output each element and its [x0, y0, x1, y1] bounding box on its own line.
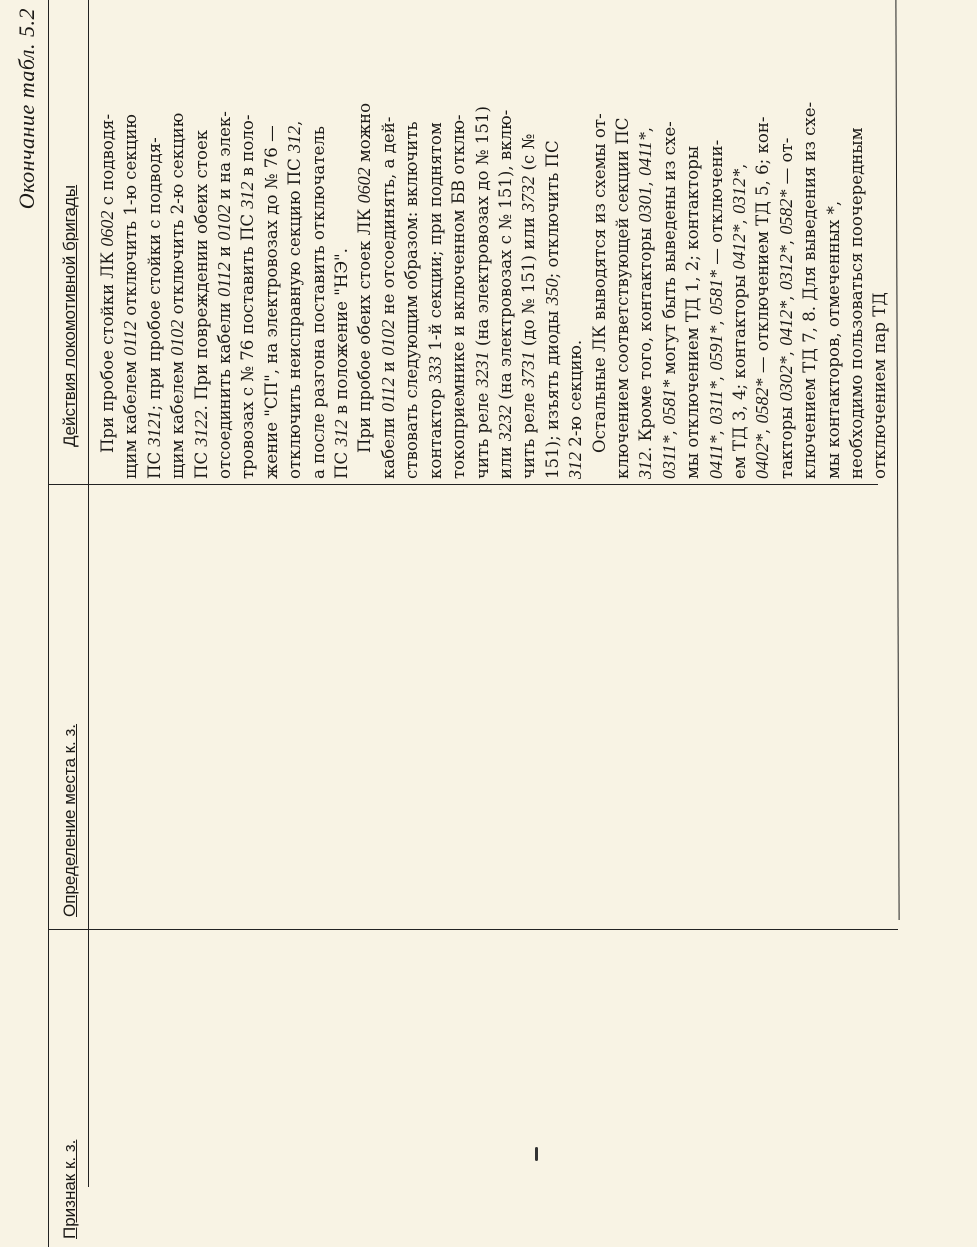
text-line: 312 2-ю секцию.	[564, 4, 587, 479]
text-line: такторы 0302*, 0412*, 0312*, 0582* — от-	[775, 4, 798, 479]
column-header-place: Определение места к. з.	[60, 724, 86, 917]
column-header-sign: Признак к. з.	[60, 1140, 86, 1239]
text-line: 151); изъять диоды 350; отключить ПС	[541, 4, 564, 479]
text-line: щим кабелем 0112 отключить 1-ю секцию	[119, 4, 142, 479]
text-line: 312. Кроме того, контакторы 0301, 0411*,	[634, 4, 657, 479]
text-line: При пробое обеих стоек ЛК 0602 можно	[353, 4, 376, 479]
text-line: кабели 0112 и 0102 не отсоединять, а дей…	[377, 4, 400, 479]
text-line: 0311*, 0581* могут быть выведены из схе-	[658, 4, 681, 479]
table-header-border	[88, 0, 89, 1187]
text-line: токоприемнике и включенном БВ отклю-	[447, 4, 470, 479]
text-line: отключить неисправную секцию ПС 312,	[283, 4, 306, 479]
text-line: ПС 312 в положение "НЭ".	[330, 4, 353, 479]
table-continuation-title: Окончание табл. 5.2	[14, 8, 40, 209]
text-line: ключением ТД 7, 8. Для выведения из схе-	[798, 4, 821, 479]
scanned-book-page: Окончание табл. 5.2 Признак к. з. Опреде…	[0, 0, 977, 1247]
table-top-border	[48, 0, 49, 1247]
text-line: отключением пар ТД	[868, 4, 891, 479]
column-divider-place-sign	[48, 929, 898, 930]
text-line: ем ТД 3, 4; контакторы 0412*, 0312*,	[728, 4, 751, 479]
table-row-bottom-border	[895, 0, 899, 920]
text-line: а после разгона поставить отключатель	[307, 4, 330, 479]
text-line: тровозах с № 76 поставить ПС 312 в поло-	[236, 4, 259, 479]
text-line: чить реле 3731 (до № 151) или 3732 (с №	[517, 4, 540, 479]
column-header-actions: Действия локомотивной бригады	[60, 185, 86, 447]
text-line: щим кабелем 0102 отключить 2-ю секцию	[166, 4, 189, 479]
text-line: мы отключением ТД 1, 2; контакторы	[681, 4, 704, 479]
text-line: жение "СП", на электровозах до № 76 —	[260, 4, 283, 479]
column-divider-actions-place	[48, 484, 878, 485]
text-line: ствовать следующим образом: включить	[400, 4, 423, 479]
text-line: ключением соответствующей секции ПС	[611, 4, 634, 479]
text-line: При пробое стойки ЛК 0602 с подводя-	[96, 4, 119, 479]
text-line: 0402*, 0582* — отключением ТД 5, 6; кон-	[751, 4, 774, 479]
text-line: ПС 3121; при пробое стойки с подводя-	[143, 4, 166, 479]
text-line: или 3232 (на электровозах с № 151), вклю…	[494, 4, 517, 479]
text-line: контактор 333 1-й секции; при поднятом	[424, 4, 447, 479]
text-line: необходимо пользоваться поочередным	[845, 4, 868, 479]
text-line: Остальные ЛК выводятся из схемы от-	[588, 4, 611, 479]
text-line: ПС 3122. При повреждении обеих стоек	[190, 4, 213, 479]
text-line: мы контакторов, отмеченных *,	[822, 4, 845, 479]
text-line: отсоединить кабели 0112 и 0102 и на элек…	[213, 4, 236, 479]
text-line: чить реле 3231 (на электровозах до № 151…	[471, 4, 494, 479]
scan-artifact-mark	[535, 1147, 538, 1161]
text-line: 0411*, 0311*, 0591*, 0581* — отключени-	[705, 4, 728, 479]
actions-cell-text: При пробое стойки ЛК 0602 с подводя-щим …	[96, 4, 892, 479]
